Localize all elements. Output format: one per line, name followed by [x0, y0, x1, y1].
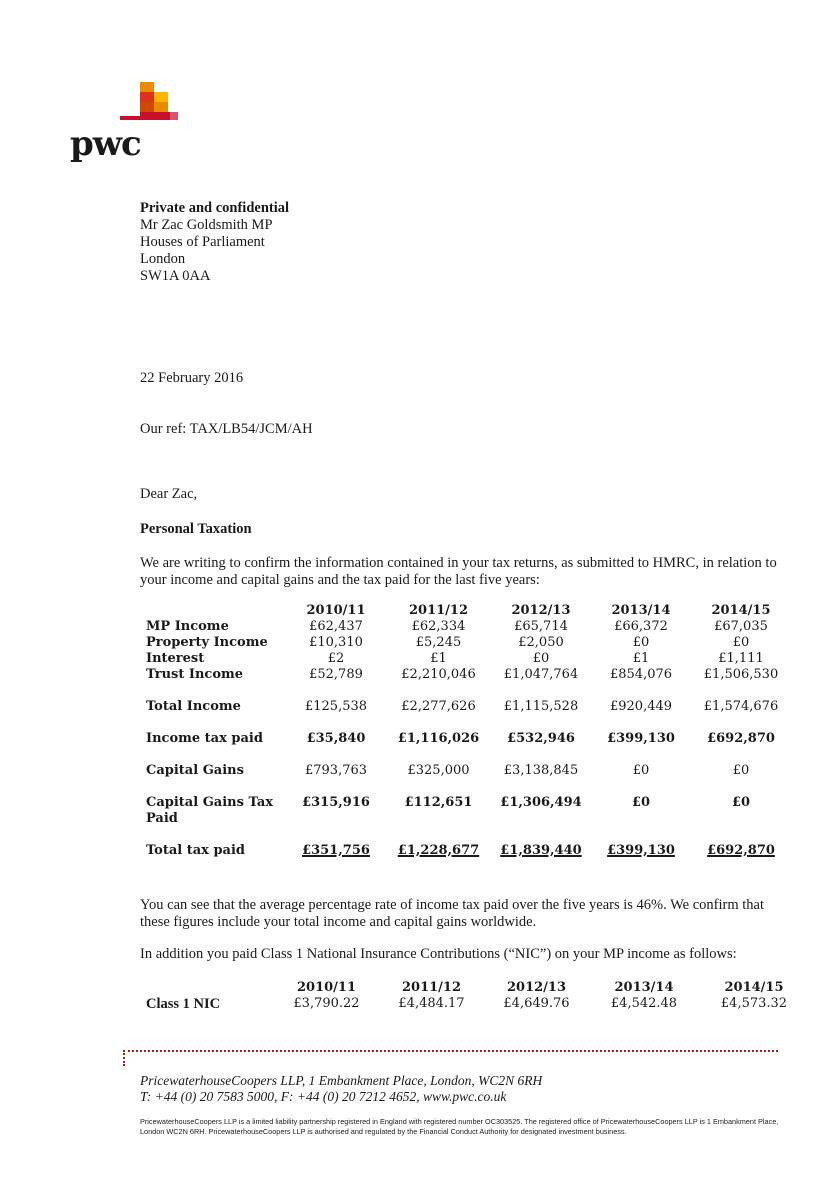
cell: £532,946 [491, 731, 591, 747]
nic-table: 2010/11 2011/12 2012/13 2013/14 2014/15 … [146, 980, 809, 1012]
cell: £112,651 [386, 795, 491, 827]
reference: Our ref: TAX/LB54/JCM/AH [140, 421, 313, 438]
year-header: 2012/13 [484, 980, 589, 996]
cell: £0 [691, 795, 791, 827]
cell: £2,050 [491, 635, 591, 651]
table-row: Capital Gains Tax Paid £315,916 £112,651… [146, 795, 791, 827]
subject-heading: Personal Taxation [140, 521, 252, 538]
row-label: Income tax paid [146, 731, 286, 747]
cell: £1,839,440 [491, 843, 591, 859]
address-line: SW1A 0AA [140, 268, 289, 285]
row-label: Property Income [146, 635, 286, 651]
logo-bar [120, 116, 140, 120]
cell: £0 [691, 635, 791, 651]
table-row: Property Income £10,310 £5,245 £2,050 £0… [146, 635, 791, 651]
cell: £920,449 [591, 699, 691, 715]
table-row: Income tax paid £35,840 £1,116,026 £532,… [146, 731, 791, 747]
letter-date: 22 February 2016 [140, 370, 243, 387]
footer-divider-tick [123, 1050, 125, 1066]
year-header: 2010/11 [274, 980, 379, 996]
tax-summary-table: 2010/11 2011/12 2012/13 2013/14 2014/15 … [146, 603, 791, 859]
cell: £1,111 [691, 651, 791, 667]
logo-block [140, 112, 170, 120]
cell: £1,047,764 [491, 667, 591, 683]
cell: £4,573.32 [699, 996, 809, 1012]
row-label: MP Income [146, 619, 286, 635]
row-label: Trust Income [146, 667, 286, 683]
confidential-marking: Private and confidential [140, 200, 289, 217]
cell: £1,506,530 [691, 667, 791, 683]
cell: £0 [591, 795, 691, 827]
salutation: Dear Zac, [140, 486, 197, 503]
cell: £315,916 [286, 795, 386, 827]
cell: £2 [286, 651, 386, 667]
cell: £4,649.76 [484, 996, 589, 1012]
logo-block [140, 102, 154, 112]
cell: £1,306,494 [491, 795, 591, 827]
row-label: Interest [146, 651, 286, 667]
cell: £692,870 [691, 731, 791, 747]
row-label: Capital Gains Tax Paid [146, 795, 286, 827]
year-header: 2012/13 [491, 603, 591, 619]
pwc-logo: pwc [70, 82, 190, 172]
logo-wordmark: pwc [70, 124, 141, 164]
cell: £1,115,528 [491, 699, 591, 715]
cell: £793,763 [286, 763, 386, 779]
year-header: 2010/11 [286, 603, 386, 619]
total-row: Total tax paid £351,756 £1,228,677 £1,83… [146, 843, 791, 859]
cell: £351,756 [286, 843, 386, 859]
cell: £62,437 [286, 619, 386, 635]
cell: £0 [591, 763, 691, 779]
cell: £2,210,046 [386, 667, 491, 683]
table-header-row: 2010/11 2011/12 2012/13 2013/14 2014/15 [146, 980, 809, 996]
recipient-name: Mr Zac Goldsmith MP [140, 217, 289, 234]
logo-block [154, 92, 168, 102]
row-label: Capital Gains [146, 763, 286, 779]
cell: £692,870 [691, 843, 791, 859]
cell: £5,245 [386, 635, 491, 651]
cell: £4,484.17 [379, 996, 484, 1012]
footer-address: PricewaterhouseCoopers LLP, 1 Embankment… [140, 1073, 542, 1105]
recipient-address: Private and confidential Mr Zac Goldsmit… [140, 200, 289, 285]
cell: £399,130 [591, 843, 691, 859]
cell: £35,840 [286, 731, 386, 747]
row-label: Total Income [146, 699, 286, 715]
table-row: Trust Income £52,789 £2,210,046 £1,047,7… [146, 667, 791, 683]
cell: £66,372 [591, 619, 691, 635]
table-row: Total Income £125,538 £2,277,626 £1,115,… [146, 699, 791, 715]
year-header: 2013/14 [591, 603, 691, 619]
year-header: 2011/12 [386, 603, 491, 619]
table-row: Interest £2 £1 £0 £1 £1,111 [146, 651, 791, 667]
logo-block [140, 82, 154, 92]
average-rate-paragraph: You can see that the average percentage … [140, 897, 790, 931]
cell: £325,000 [386, 763, 491, 779]
cell: £1,116,026 [386, 731, 491, 747]
row-label: Class 1 NIC [146, 996, 274, 1012]
cell: £399,130 [591, 731, 691, 747]
footer-divider [123, 1050, 778, 1052]
cell: £0 [691, 763, 791, 779]
logo-block [154, 102, 168, 112]
year-header: 2014/15 [691, 603, 791, 619]
year-header: 2014/15 [699, 980, 809, 996]
cell: £52,789 [286, 667, 386, 683]
cell: £1 [591, 651, 691, 667]
cell: £125,538 [286, 699, 386, 715]
year-header: 2011/12 [379, 980, 484, 996]
cell: £0 [491, 651, 591, 667]
cell: £854,076 [591, 667, 691, 683]
logo-block [170, 112, 178, 120]
intro-paragraph: We are writing to confirm the informatio… [140, 555, 790, 589]
row-label: Total tax paid [146, 843, 286, 859]
cell: £62,334 [386, 619, 491, 635]
cell: £3,790.22 [274, 996, 379, 1012]
cell: £3,138,845 [491, 763, 591, 779]
footer-contact: T: +44 (0) 20 7583 5000, F: +44 (0) 20 7… [140, 1089, 542, 1105]
cell: £1 [386, 651, 491, 667]
cell: £2,277,626 [386, 699, 491, 715]
cell: £1,228,677 [386, 843, 491, 859]
table-row: MP Income £62,437 £62,334 £65,714 £66,37… [146, 619, 791, 635]
year-header: 2013/14 [589, 980, 699, 996]
cell: £67,035 [691, 619, 791, 635]
address-line: London [140, 251, 289, 268]
cell: £65,714 [491, 619, 591, 635]
footer-legal: PricewaterhouseCoopers LLP is a limited … [140, 1117, 800, 1136]
table-header-row: 2010/11 2011/12 2012/13 2013/14 2014/15 [146, 603, 791, 619]
nic-intro-paragraph: In addition you paid Class 1 National In… [140, 946, 790, 963]
address-line: Houses of Parliament [140, 234, 289, 251]
table-row: Capital Gains £793,763 £325,000 £3,138,8… [146, 763, 791, 779]
cell: £0 [591, 635, 691, 651]
cell: £10,310 [286, 635, 386, 651]
table-row: Class 1 NIC £3,790.22 £4,484.17 £4,649.7… [146, 996, 809, 1012]
cell: £4,542.48 [589, 996, 699, 1012]
cell: £1,574,676 [691, 699, 791, 715]
